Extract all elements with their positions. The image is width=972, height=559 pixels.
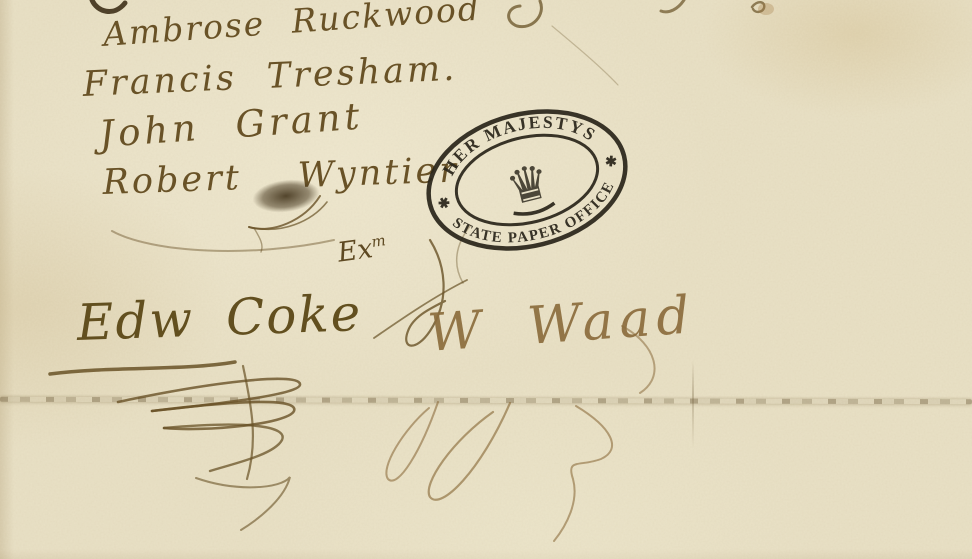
examination-note-text: Ex	[336, 233, 375, 269]
signature-edw-coke: Edw Coke	[76, 288, 363, 348]
signature-ambrose-ruckwood: Ambrose Ruckwood	[102, 0, 482, 51]
vertical-fold-crease	[692, 360, 694, 448]
horizontal-fold-crease	[0, 397, 972, 405]
examination-note-superscript: m	[370, 231, 386, 251]
state-paper-office-stamp: HER MAJESTYS STATE PAPER OFFICE ✱ ✱ ♛	[408, 85, 647, 276]
coke-underline	[50, 362, 235, 374]
waad-descenders	[386, 326, 654, 541]
coke-paraph	[118, 366, 300, 530]
signature-francis-tresham: Francis Tresham.	[82, 52, 458, 103]
manuscript-page: Ambrose Ruckwood Francis Tresham. John G…	[0, 0, 972, 559]
signature-w-waad: W Waad	[426, 289, 697, 360]
stamp-right-star-icon: ✱	[600, 153, 619, 170]
examination-note: Exm	[336, 233, 388, 267]
signature-john-grant: John Grant	[98, 98, 364, 153]
stamp-left-star-icon: ✱	[438, 196, 453, 209]
signature-robert-first: Robert	[102, 158, 243, 203]
